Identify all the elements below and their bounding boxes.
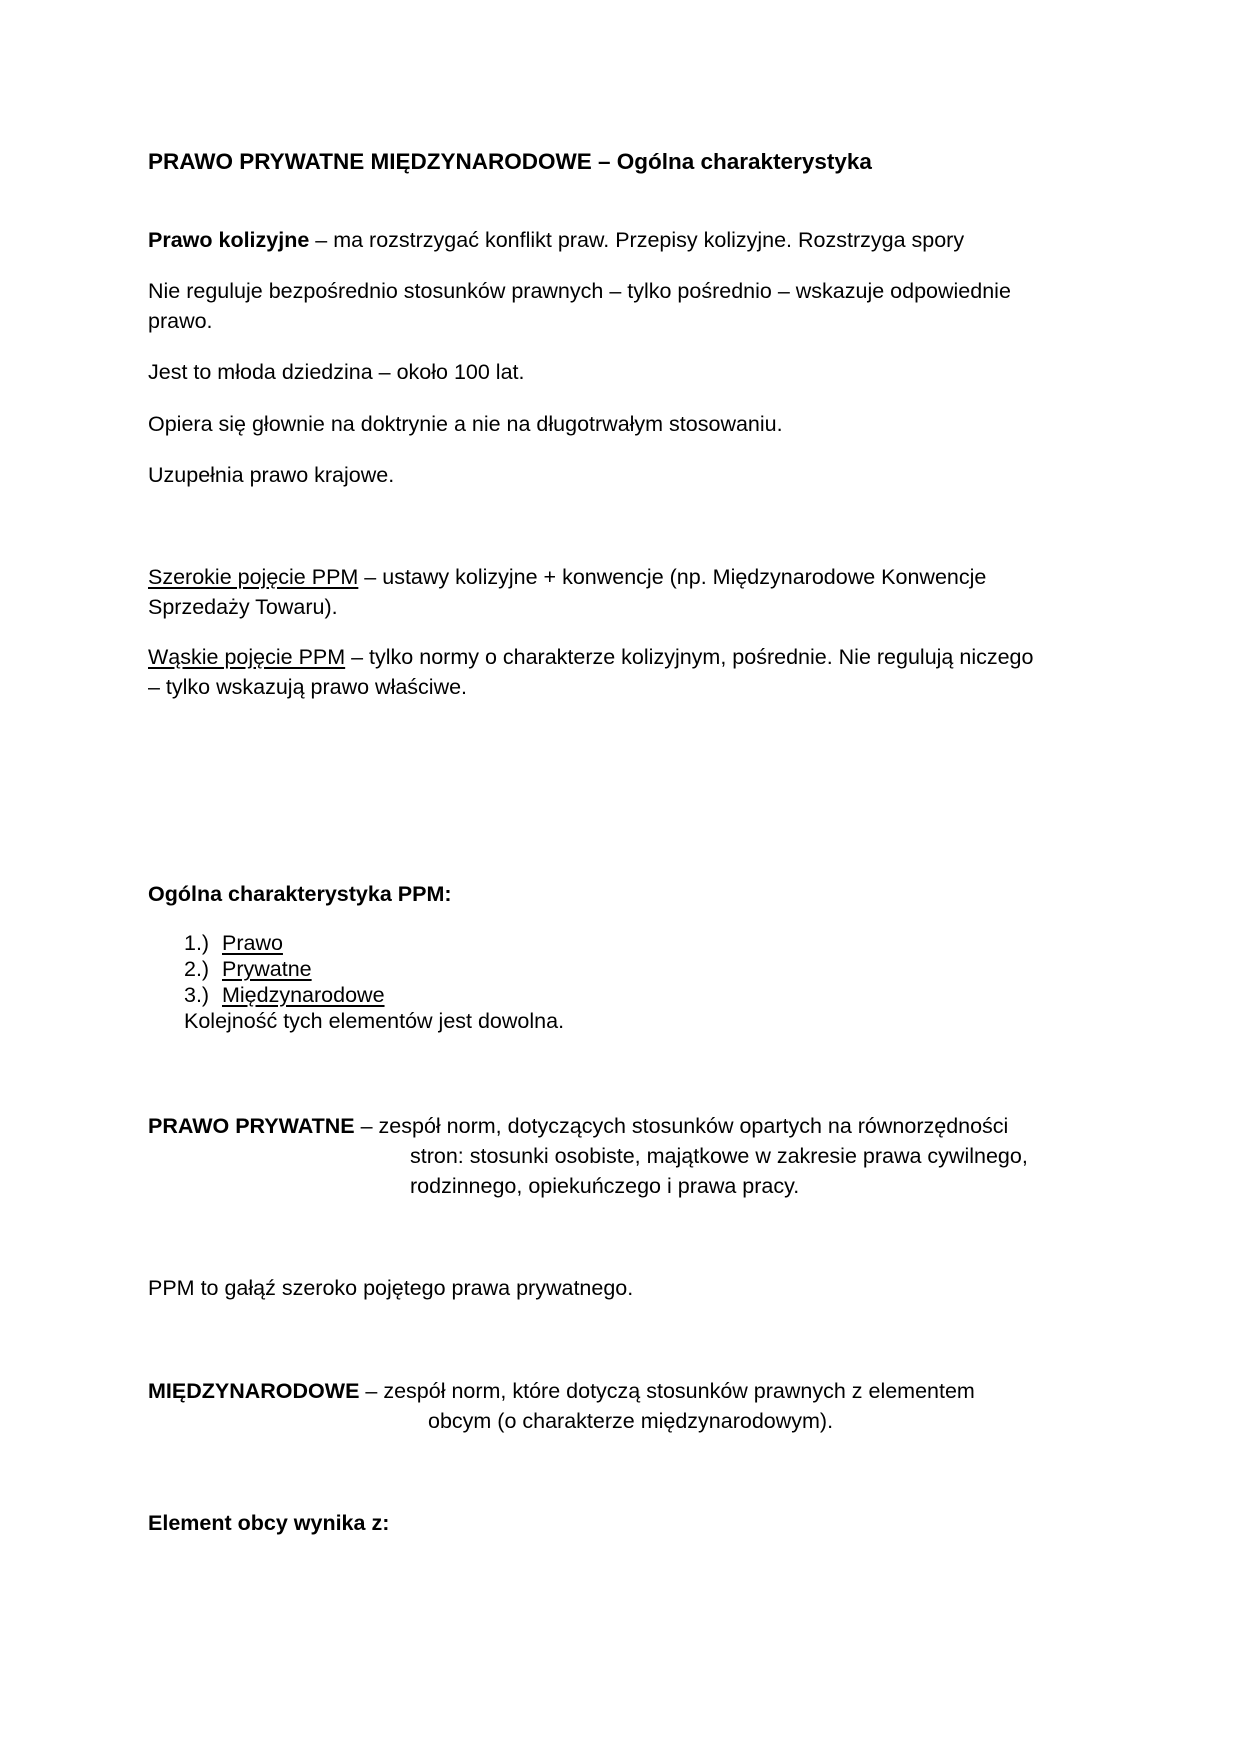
document-page: PRAWO PRYWATNE MIĘDZYNARODOWE – Ogólna c… xyxy=(0,0,1240,1754)
term-prawo-kolizyjne: Prawo kolizyjne xyxy=(148,228,309,252)
paragraph-szerokie-pojecie: Szerokie pojęcie PPM – ustawy kolizyjne … xyxy=(148,562,986,592)
term-szerokie-pojecie: Szerokie pojęcie PPM xyxy=(148,565,358,589)
list-note: Kolejność tych elementów jest dowolna. xyxy=(184,1008,564,1034)
definition-text: – zespół norm, które dotyczą stosunków p… xyxy=(359,1379,974,1403)
list-item: 3.)Międzynarodowe xyxy=(184,982,564,1008)
paragraph-ppm-galaz: PPM to gałąź szeroko pojętego prawa pryw… xyxy=(148,1273,633,1303)
section-heading-ogolna-charakterystyka: Ogólna charakterystyka PPM: xyxy=(148,879,452,909)
definition-text: – zespół norm, dotyczących stosunków opa… xyxy=(355,1114,1009,1138)
paragraph-prawo-prywatne-line3: rodzinnego, opiekuńczego i prawa pracy. xyxy=(410,1171,799,1201)
heading-element-obcy: Element obcy wynika z: xyxy=(148,1508,389,1538)
definition-text: – ma rozstrzygać konflikt praw. Przepisy… xyxy=(309,228,964,252)
paragraph-prawo-prywatne-line2: stron: stosunki osobiste, majątkowe w za… xyxy=(410,1141,1028,1171)
list-item: 2.)Prywatne xyxy=(184,956,564,982)
paragraph-miedzynarodowe: MIĘDZYNARODOWE – zespół norm, które doty… xyxy=(148,1376,975,1406)
paragraph-mloda-dziedzina: Jest to młoda dziedzina – około 100 lat. xyxy=(148,357,524,387)
paragraph-waskie-pojecie-line2: – tylko wskazują prawo właściwe. xyxy=(148,672,467,702)
numbered-list: 1.)Prawo 2.)Prywatne 3.)Międzynarodowe K… xyxy=(184,930,564,1034)
paragraph-uzupelnia: Uzupełnia prawo krajowe. xyxy=(148,460,394,490)
term-miedzynarodowe: MIĘDZYNARODOWE xyxy=(148,1379,359,1403)
term-waskie-pojecie: Wąskie pojęcie PPM xyxy=(148,645,345,669)
document-title: PRAWO PRYWATNE MIĘDZYNARODOWE – Ogólna c… xyxy=(148,147,872,177)
paragraph-szerokie-pojecie-line2: Sprzedaży Towaru). xyxy=(148,592,338,622)
definition-text: – ustawy kolizyjne + konwencje (np. Międ… xyxy=(358,565,986,589)
definition-text: – tylko normy o charakterze kolizyjnym, … xyxy=(345,645,1033,669)
term-prawo-prywatne: PRAWO PRYWATNE xyxy=(148,1114,355,1138)
paragraph-prawo-kolizyjne: Prawo kolizyjne – ma rozstrzygać konflik… xyxy=(148,225,964,255)
paragraph-opiera-sie: Opiera się głownie na doktrynie a nie na… xyxy=(148,409,783,439)
paragraph-miedzynarodowe-line2: obcym (o charakterze międzynarodowym). xyxy=(428,1406,833,1436)
paragraph-nie-reguluje-line2: prawo. xyxy=(148,306,213,336)
list-item: 1.)Prawo xyxy=(184,930,564,956)
paragraph-nie-reguluje-line1: Nie reguluje bezpośrednio stosunków praw… xyxy=(148,276,1011,306)
paragraph-prawo-prywatne: PRAWO PRYWATNE – zespół norm, dotyczącyc… xyxy=(148,1111,1008,1141)
paragraph-waskie-pojecie: Wąskie pojęcie PPM – tylko normy o chara… xyxy=(148,642,1033,672)
